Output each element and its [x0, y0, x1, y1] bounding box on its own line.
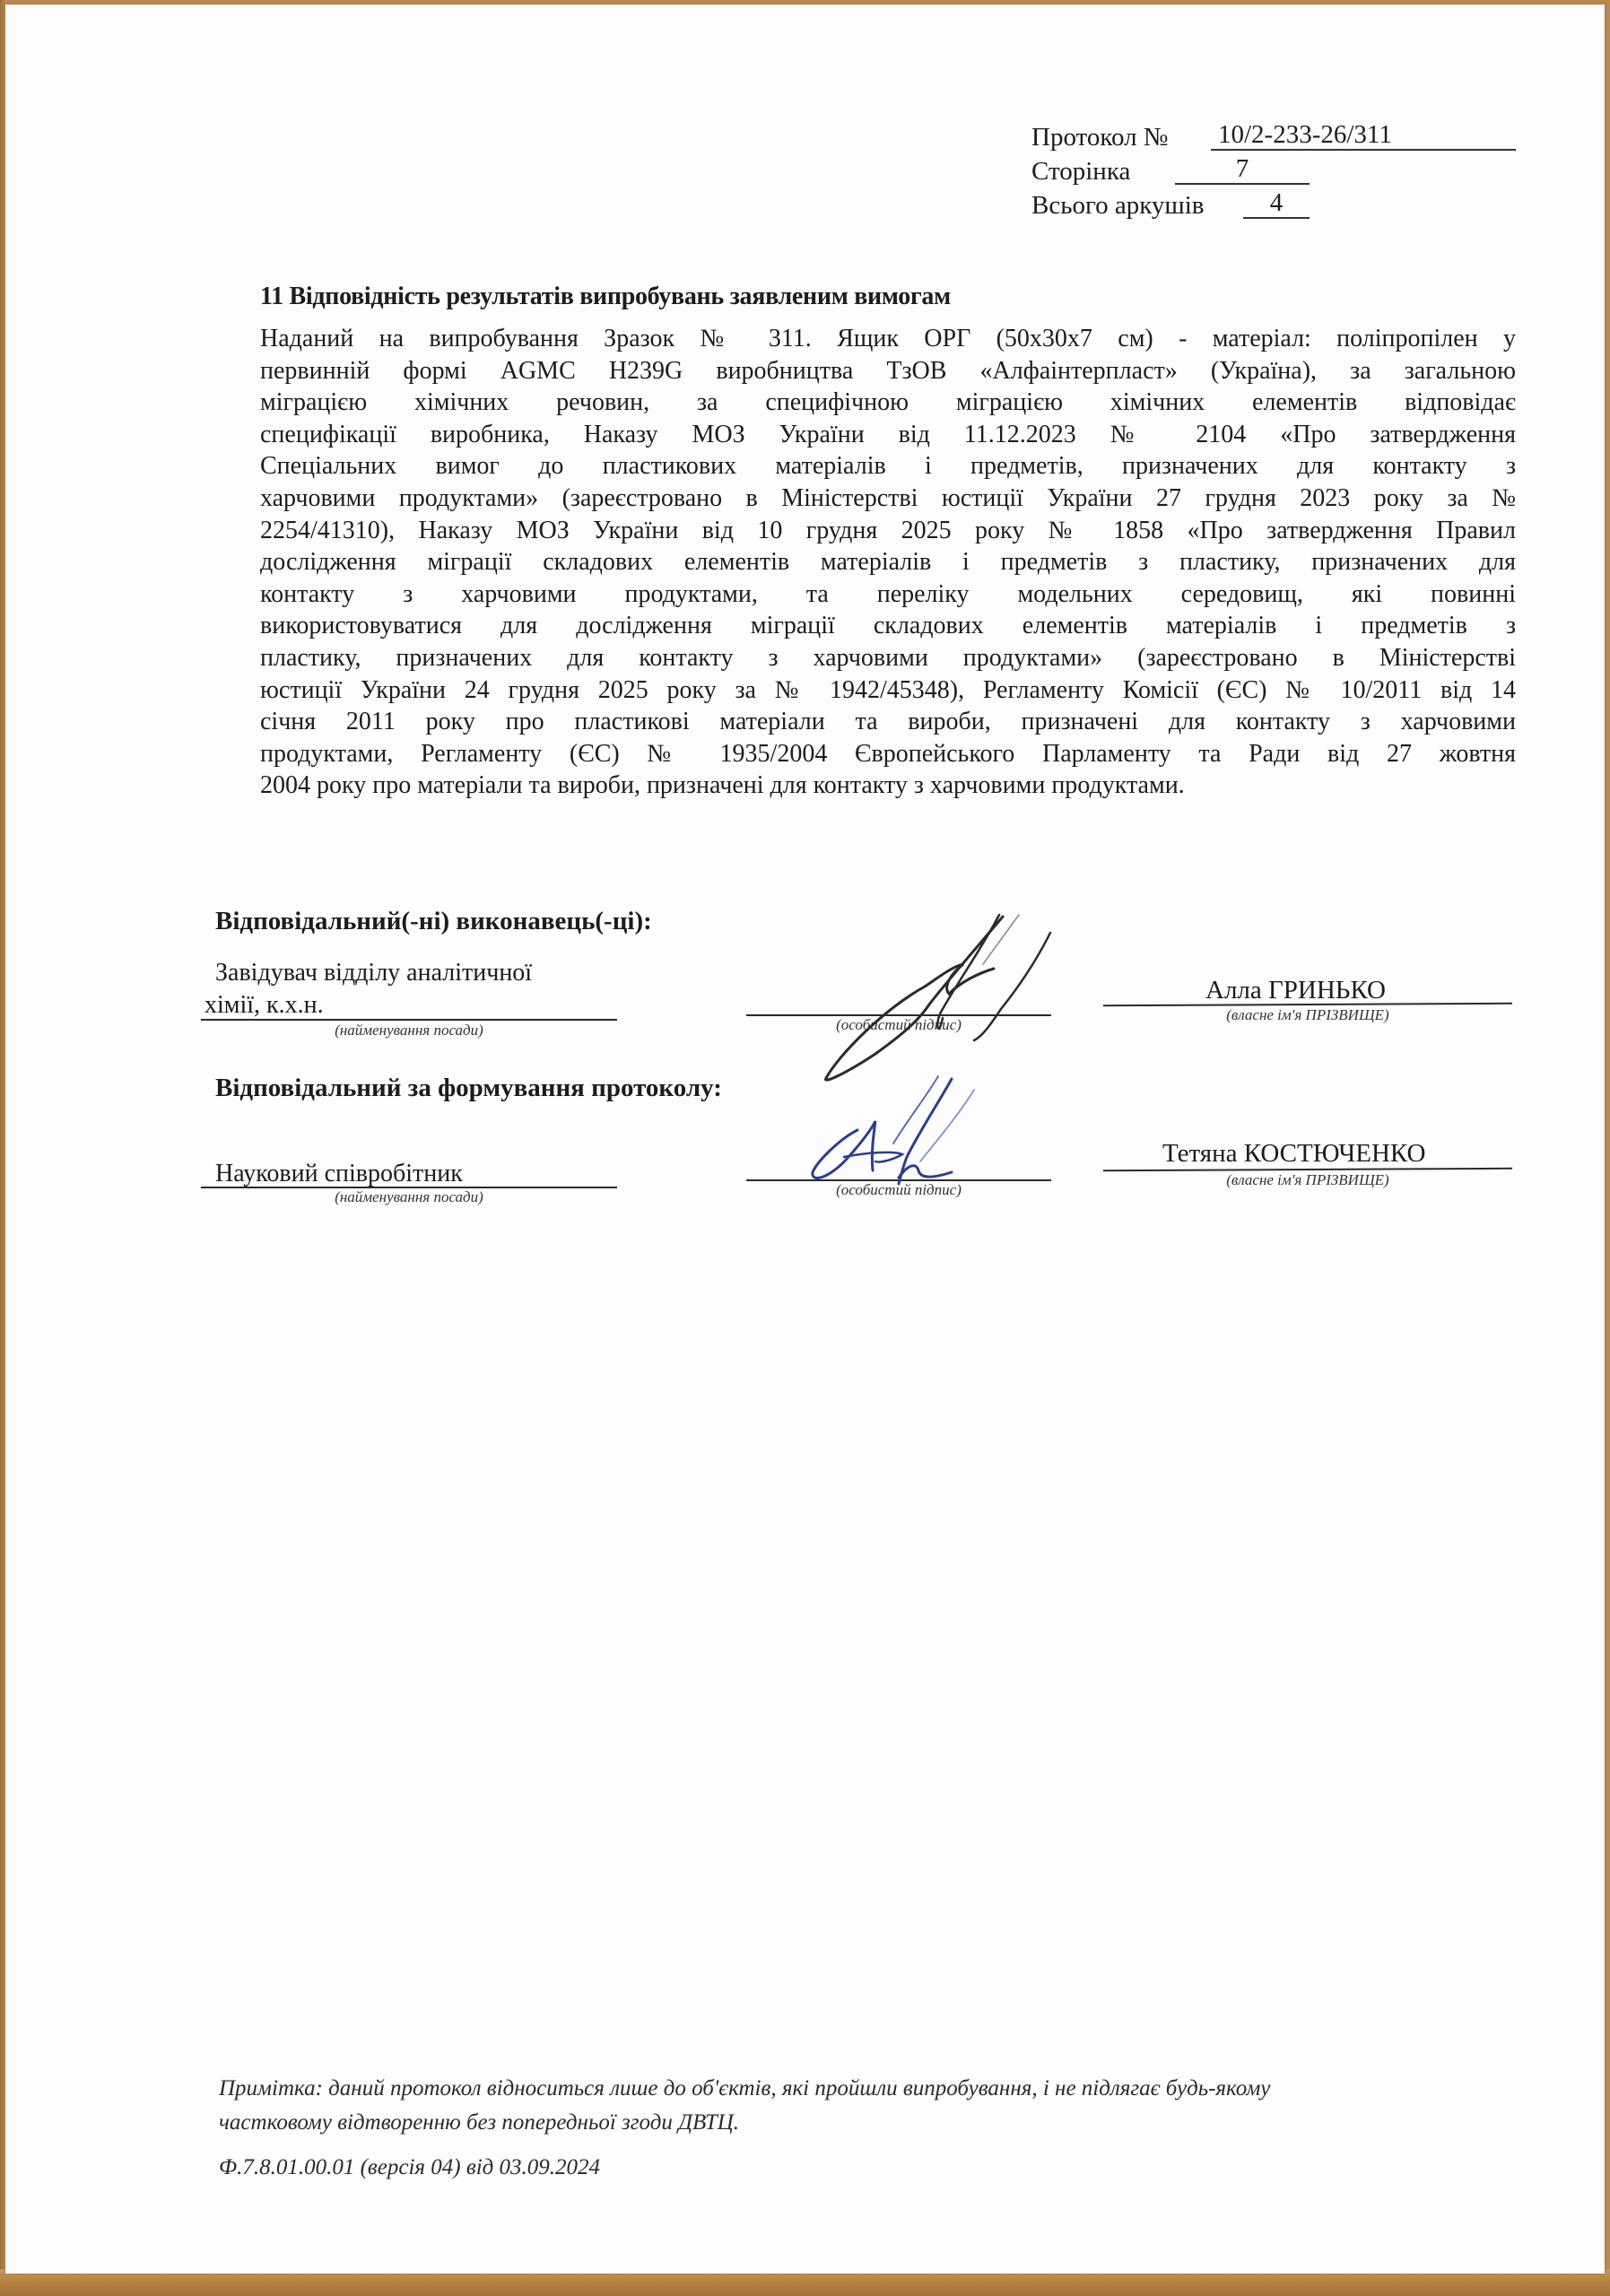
protocol-number: 10/2-233-26/311	[1211, 121, 1516, 151]
document-page: Протокол № 10/2-233-26/311 Сторінка 7 Вс…	[5, 4, 1605, 2274]
sheets-label: Всього аркушів	[1031, 191, 1205, 221]
executor-name-caption: (власне ім'я ПРІЗВИЩЕ)	[1103, 1006, 1512, 1024]
section-body: Наданий на випробування Зразок № 311. Ящ…	[260, 323, 1516, 802]
compiler-name-caption: (власне ім'я ПРІЗВИЩЕ)	[1103, 1171, 1512, 1189]
section-title: 11 Відповідність результатів випробувань…	[260, 283, 951, 311]
executor-position-caption: (найменування посади)	[201, 1022, 617, 1039]
body-line: специфікації виробника, Наказу МОЗ Украї…	[260, 419, 1516, 451]
page-label: Сторінка	[1031, 157, 1130, 187]
body-line: Спеціальних вимог до пластикових матеріа…	[260, 450, 1516, 483]
body-line: продуктами, Регламенту (ЄС) № 1935/2004 …	[260, 738, 1516, 770]
footer-note-line1: Примітка: даний протокол відноситься лиш…	[219, 2072, 1270, 2106]
form-code: Ф.7.8.01.00.01 (версія 04) від 03.09.202…	[219, 2155, 600, 2180]
executor-heading: Відповідальний(-ні) виконавець(-ці):	[215, 907, 652, 936]
compiler-name: Тетяна КОСТЮЧЕНКО	[1162, 1139, 1426, 1169]
body-line: січня 2011 року про пластикові матеріали…	[260, 706, 1516, 738]
protocol-label: Протокол №	[1031, 123, 1168, 152]
compiler-position: Науковий співробітник	[215, 1158, 463, 1190]
compiler-heading: Відповідальний за формування протоколу:	[215, 1074, 722, 1103]
body-line: харчовими продуктами» (зареєстровано в М…	[260, 483, 1516, 515]
compiler-signature-mark	[795, 1072, 1010, 1188]
executor-position-line2: хімії, к.х.н.	[205, 989, 324, 1022]
body-line: первинній формі AGMC H239G виробництва Т…	[260, 355, 1516, 387]
body-line: дослідження міграції складових елементів…	[260, 546, 1516, 578]
executor-name: Алла ГРИНЬКО	[1205, 976, 1386, 1005]
executor-signature-mark	[759, 897, 1046, 1094]
executor-position-line1: Завідувач відділу аналітичної	[215, 957, 532, 989]
body-line: контакту з харчовими продуктами, та пере…	[260, 578, 1516, 611]
page-number: 7	[1175, 155, 1310, 185]
body-line: юстиції України 24 грудня 2025 року за №…	[260, 674, 1516, 707]
body-line: Наданий на випробування Зразок № 311. Ящ…	[260, 323, 1516, 355]
body-line: 2254/41310), Наказу МОЗ України від 10 г…	[260, 515, 1516, 547]
sheets-count: 4	[1243, 189, 1310, 219]
executor-position-underline	[201, 1019, 617, 1021]
body-line: міграцією хімічних речовин, за специфічн…	[260, 387, 1516, 419]
body-line: 2004 року про матеріали та вироби, призн…	[260, 770, 1516, 802]
footer-note-line2: частковому відтворенню без попередньої з…	[219, 2106, 739, 2140]
compiler-position-caption: (найменування посади)	[201, 1188, 617, 1206]
body-line: пластику, призначених для контакту з хар…	[260, 642, 1516, 674]
body-line: використовуватися для дослідження міграц…	[260, 610, 1516, 642]
